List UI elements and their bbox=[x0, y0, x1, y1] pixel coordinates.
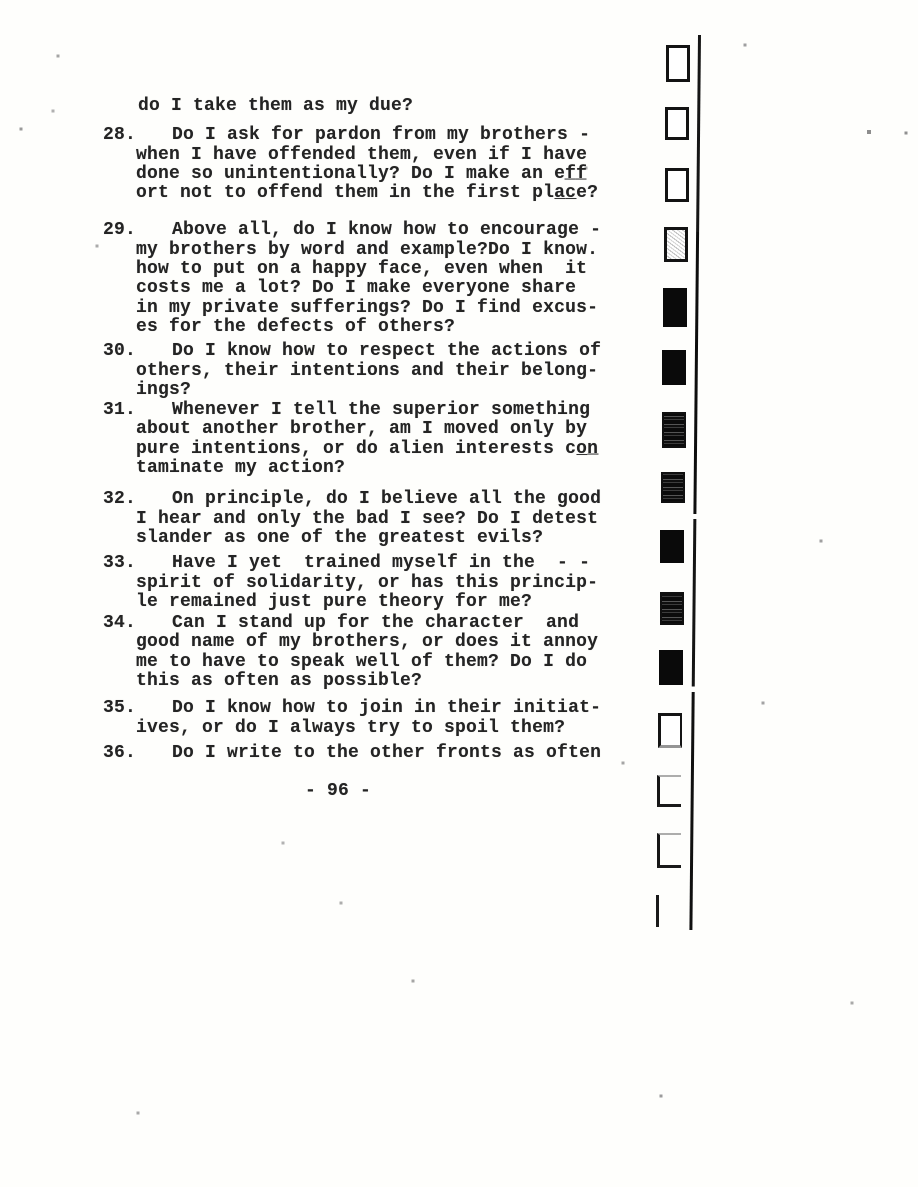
question-line: Do I know how to join in their initiat- bbox=[136, 699, 633, 718]
question-line: how to put on a happy face, even when it bbox=[136, 260, 633, 279]
question-number: 35. bbox=[103, 699, 136, 718]
question-item: 34.Can I stand up for the character andg… bbox=[103, 614, 633, 691]
binding-hole-mark bbox=[662, 350, 686, 385]
question-number: 32. bbox=[103, 490, 136, 509]
binding-hole-mark bbox=[661, 472, 685, 503]
question-number: 29. bbox=[103, 221, 136, 240]
question-item: 29.Above all, do I know how to encourage… bbox=[103, 221, 633, 337]
question-line: Have I yet trained myself in the - - bbox=[136, 554, 633, 573]
question-line: in my private sufferings? Do I find excu… bbox=[136, 299, 633, 318]
question-line: others, their intentions and their belon… bbox=[136, 362, 633, 381]
question-line: me to have to speak well of them? Do I d… bbox=[136, 653, 633, 672]
question-line: ort not to offend them in the first pla̲… bbox=[136, 184, 633, 203]
binding-hole-mark bbox=[657, 833, 681, 868]
question-line: Can I stand up for the character and bbox=[136, 614, 633, 633]
scan-noise bbox=[0, 0, 2, 2]
question-line: spirit of solidarity, or has this princi… bbox=[136, 574, 633, 593]
question-line: Above all, do I know how to encourage - bbox=[136, 221, 633, 240]
question-item: 32.On principle, do I believe all the go… bbox=[103, 490, 633, 548]
question-list: 28.Do I ask for pardon from my brothers … bbox=[103, 126, 633, 763]
binding-hole-mark bbox=[664, 227, 688, 262]
question-item: 35.Do I know how to join in their initia… bbox=[103, 699, 633, 738]
question-number: 30. bbox=[103, 342, 136, 361]
page-number: - 96 - bbox=[103, 782, 633, 801]
binding-hole-mark bbox=[662, 412, 686, 448]
question-number: 36. bbox=[103, 744, 136, 763]
question-line: pure intentions, or do alien interests c… bbox=[136, 440, 633, 459]
question-number: 28. bbox=[103, 126, 136, 145]
question-line: I hear and only the bad I see? Do I dete… bbox=[136, 510, 633, 529]
question-line: taminate my action? bbox=[136, 459, 633, 478]
binding-hole-mark bbox=[663, 288, 687, 327]
binding-hole-mark bbox=[657, 775, 681, 807]
question-line: this as often as possible? bbox=[136, 672, 633, 691]
question-line: costs me a lot? Do I make everyone share bbox=[136, 279, 633, 298]
question-line: done so unintentionally? Do I make an ef… bbox=[136, 165, 633, 184]
question-line: On principle, do I believe all the good bbox=[136, 490, 633, 509]
binding-hole-mark bbox=[666, 45, 690, 82]
question-number: 31. bbox=[103, 401, 136, 420]
binding-hole-mark bbox=[656, 895, 662, 927]
question-item: 28.Do I ask for pardon from my brothers … bbox=[103, 126, 633, 203]
question-number: 34. bbox=[103, 614, 136, 633]
question-line: ives, or do I always try to spoil them? bbox=[136, 719, 633, 738]
question-line: good name of my brothers, or does it ann… bbox=[136, 633, 633, 652]
carryover-line: do I take them as my due? bbox=[103, 97, 633, 116]
text-block: do I take them as my due? 28.Do I ask fo… bbox=[103, 97, 633, 802]
question-line: ings? bbox=[136, 381, 633, 400]
binding-hole-mark bbox=[660, 530, 684, 563]
question-line: Do I ask for pardon from my brothers - bbox=[136, 126, 633, 145]
question-number: 33. bbox=[103, 554, 136, 573]
binding-hole-mark bbox=[658, 713, 682, 748]
binding-hole-mark bbox=[659, 650, 683, 685]
binding-hole-mark bbox=[665, 107, 689, 140]
question-item: 31.Whenever I tell the superior somethin… bbox=[103, 401, 633, 478]
scanned-document-page: do I take them as my due? 28.Do I ask fo… bbox=[0, 0, 918, 1187]
page-edge-line bbox=[689, 35, 700, 930]
question-item: 30.Do I know how to respect the actions … bbox=[103, 342, 633, 400]
question-line: le remained just pure theory for me? bbox=[136, 593, 633, 612]
question-item: 33.Have I yet trained myself in the - -s… bbox=[103, 554, 633, 612]
question-line: Do I know how to respect the actions of bbox=[136, 342, 633, 361]
binding-hole-mark bbox=[660, 592, 684, 625]
binding-hole-mark bbox=[665, 168, 689, 202]
question-line: es for the defects of others? bbox=[136, 318, 633, 337]
question-line: when I have offended them, even if I hav… bbox=[136, 146, 633, 165]
question-line: Do I write to the other fronts as often bbox=[136, 744, 633, 763]
question-line: Whenever I tell the superior something bbox=[136, 401, 633, 420]
question-line: slander as one of the greatest evils? bbox=[136, 529, 633, 548]
question-line: about another brother, am I moved only b… bbox=[136, 420, 633, 439]
question-line: my brothers by word and example?Do I kno… bbox=[136, 241, 633, 260]
question-item: 36.Do I write to the other fronts as oft… bbox=[103, 744, 633, 763]
